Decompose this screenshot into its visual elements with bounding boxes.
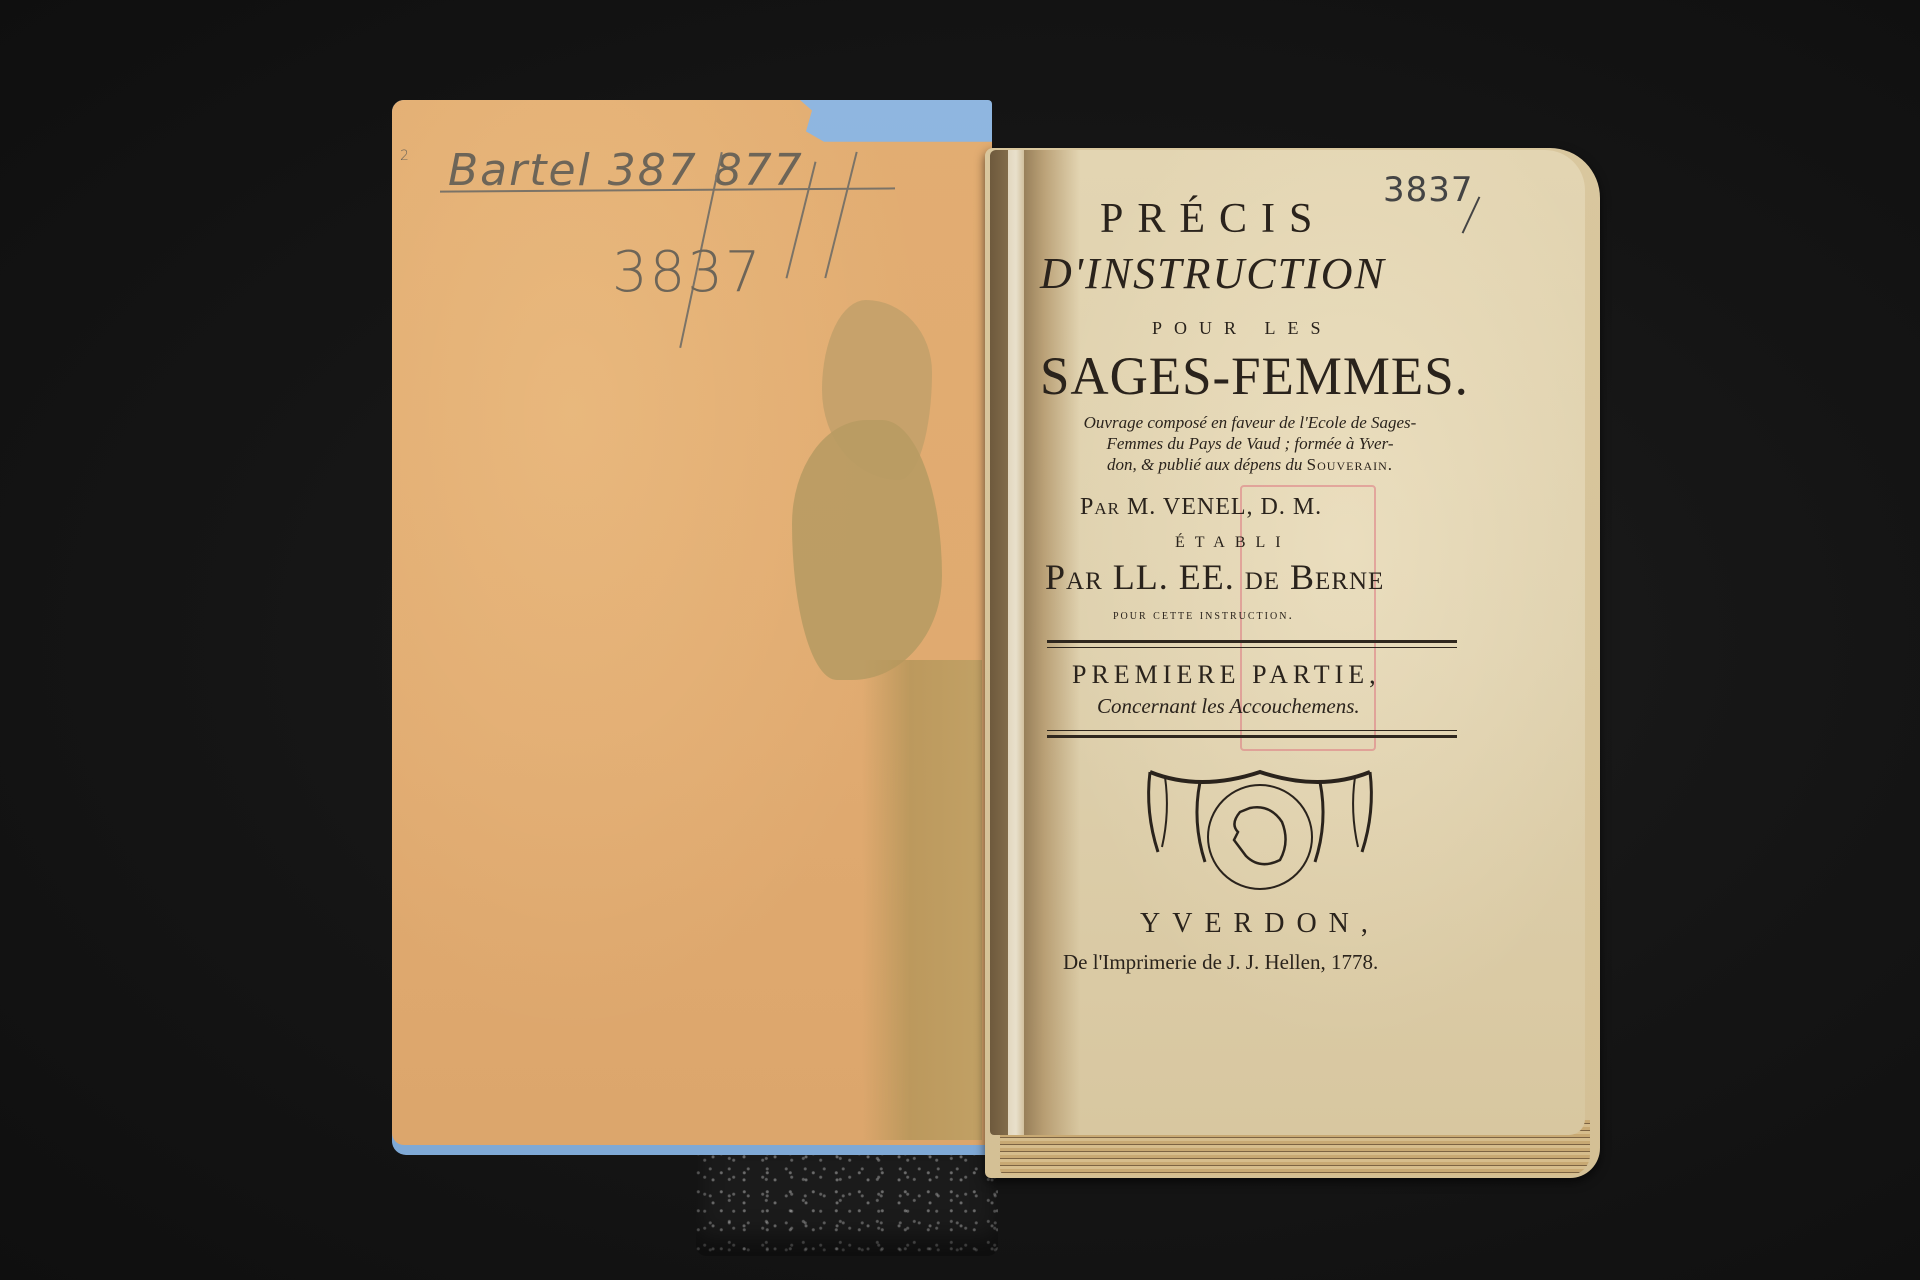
double-rule-top [1047,640,1457,643]
description: Ouvrage composé en faveur de l'Ecole de … [1040,412,1460,475]
authority-line: Par LL. EE. de Berne [1045,556,1384,598]
part-title: PREMIERE PARTIE, [1072,660,1381,690]
double-rule-bottom-thin [1047,730,1457,731]
description-line-3: don, & publié aux dépens du [1107,455,1307,474]
handwritten-margin-mark: 2 [400,148,411,164]
description-line-2: Femmes du Pays de Vaud ; formée à Yver- [1106,434,1393,453]
description-souverain: Souverain. [1307,455,1393,474]
place-of-publication: YVERDON, [1140,908,1380,940]
title-line-4: SAGES-FEMMES. [1040,345,1469,407]
title-line-2: D'INSTRUCTION [1040,248,1386,299]
spine-stain [862,660,982,1140]
shelf-mark: 3837 [1383,170,1474,210]
title-line-3: POUR LES [1152,318,1333,339]
foam-book-support [696,1150,998,1256]
double-rule-top-thin [1047,647,1457,648]
handwritten-shelf-number: 3837 [612,240,763,305]
part-subtitle: Concernant les Accouchemens. [1097,694,1360,719]
medallion-ornament-icon [1130,752,1390,902]
water-stain [792,420,942,680]
purpose-line: pour cette instruction. [1113,608,1294,624]
double-rule-bottom [1047,735,1457,738]
hinge-strip [1008,150,1024,1135]
imprint-line: De l'Imprimerie de J. J. Hellen, 1778. [1063,950,1378,975]
author-line: Par M. VENEL, D. M. [1080,494,1322,521]
etabli-line: ÉTABLI [1175,534,1291,552]
title-line-1: PRÉCIS [1100,195,1326,243]
description-line-1: Ouvrage composé en faveur de l'Ecole de … [1084,413,1417,432]
